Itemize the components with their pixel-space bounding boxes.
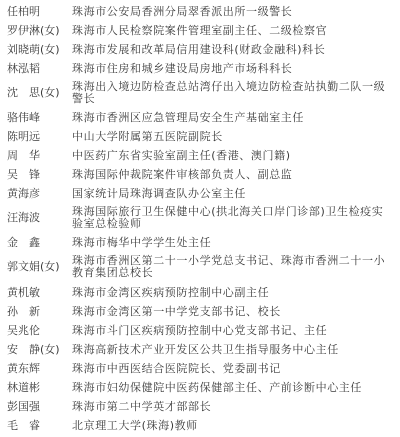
- person-title: 珠海市住房和城乡建设局房地产市场科科长: [72, 63, 390, 75]
- person-name: 彭国强: [7, 401, 71, 413]
- person-name: 安 静(女): [7, 344, 71, 356]
- person-name: 吴 锋: [7, 169, 71, 181]
- person-name: 郭文娟(女): [7, 261, 71, 273]
- person-title: 珠海市梅华中学学生处主任: [72, 237, 390, 249]
- person-name: 任柏明: [7, 6, 71, 18]
- person-title: 珠海市斗门区疾病预防控制中心党支部书记、主任: [72, 325, 390, 337]
- person-title: 珠海高新技术产业开发区公共卫生指导服务中心主任: [72, 344, 390, 356]
- person-title: 中山大学附属第五医院副院长: [72, 131, 390, 143]
- person-title: 珠海市香洲区第二十一小学党总支书记、珠海市香洲二十一小教育集团总校长: [72, 255, 390, 279]
- person-name: 刘晓萌(女): [7, 44, 71, 56]
- person-name: 周 华: [7, 150, 71, 162]
- person-title: 国家统计局珠海调查队办公室主任: [72, 188, 390, 200]
- person-name: 陈明远: [7, 131, 71, 143]
- person-name: 黄海彦: [7, 188, 71, 200]
- person-title: 珠海国际仲裁院案件审核部负责人、副总监: [72, 169, 390, 181]
- person-title: 珠海市金湾区疾病预防控制中心副主任: [72, 287, 390, 299]
- person-title: 珠海市发展和改革局信用建设科(财政金融科)科长: [72, 44, 390, 56]
- person-title: 珠海国际旅行卫生保健中心(拱北海关口岸门诊部)卫生检疫实验室总检验师: [72, 206, 390, 230]
- person-name: 黄东辉: [7, 363, 71, 375]
- person-title: 北京理工大学(珠海)教师: [72, 420, 390, 432]
- person-name: 林泓韬: [7, 63, 71, 75]
- person-title: 珠海市金湾区第一中学党支部书记、校长: [72, 306, 390, 318]
- person-name: 骆伟峰: [7, 112, 71, 124]
- person-title: 珠海市香洲区应急管理局安全生产基础室主任: [72, 112, 390, 124]
- person-name: 汪海波: [7, 212, 71, 224]
- person-title: 珠海市人民检察院案件管理室副主任、二级检察官: [72, 25, 390, 37]
- person-name: 吴兆伦: [7, 325, 71, 337]
- person-name: 林道彬: [7, 382, 71, 394]
- person-name: 毛 睿: [7, 420, 71, 432]
- person-title: 中医药广东省实验室副主任(香港、澳门籍): [72, 150, 390, 162]
- person-title: 珠海市第二中学英才部部长: [72, 401, 390, 413]
- person-title: 珠海市公安局香洲分局翠香派出所一级警长: [72, 6, 390, 18]
- person-title: 珠海出入境边防检查总站湾仔出入境边防检查站执勤二队一级警长: [72, 81, 390, 105]
- person-name: 沈 思(女): [7, 87, 71, 99]
- person-name: 孙 新: [7, 306, 71, 318]
- person-name: 黄机敏: [7, 287, 71, 299]
- person-name: 金 鑫: [7, 237, 71, 249]
- person-title: 珠海市妇幼保健院中医药保健部主任、产前诊断中心主任: [72, 382, 390, 394]
- person-title: 珠海市中西医结合医院院长、党委副书记: [72, 363, 390, 375]
- person-name: 罗伊淋(女): [7, 25, 71, 37]
